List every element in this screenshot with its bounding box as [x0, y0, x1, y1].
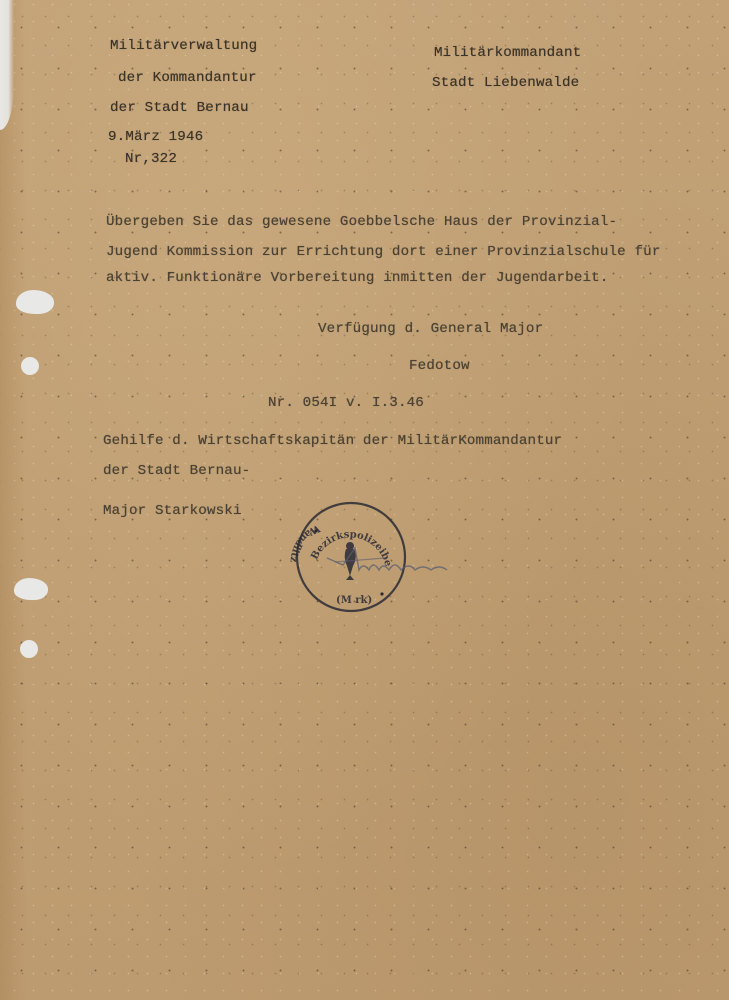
body-line-1: Übergeben Sie das gewesene Goebbelsche H… [106, 214, 617, 230]
document-date: 9.März 1946 [108, 129, 203, 145]
punch-hole [20, 640, 38, 658]
document-page: Militärverwaltung der Kommandantur der S… [0, 0, 729, 1000]
punch-hole [21, 357, 39, 375]
paper-edge-shadow [0, 0, 26, 1000]
order-reference: Nr. 054I v. I.3.46 [268, 395, 424, 411]
signatory-name: Major Starkowski [103, 503, 242, 519]
paper-torn-corner [0, 0, 14, 130]
sender-office: Militärverwaltung [110, 38, 257, 54]
punch-hole-torn [14, 578, 48, 600]
handwritten-signature [325, 540, 455, 585]
body-line-2: Jugend Kommission zur Errichtung dort ei… [106, 244, 661, 260]
punch-hole-torn [16, 290, 54, 314]
recipient-office: Militärkommandant [434, 45, 581, 61]
order-title: Verfügung d. General Major [318, 321, 543, 337]
signatory-title: Gehilfe d. Wirtschaftskapitän der Militä… [103, 433, 562, 449]
stamp-bottom-text: (M rk) [336, 595, 372, 606]
order-general-name: Fedotow [409, 358, 470, 374]
sender-department: der Kommandantur [118, 70, 257, 86]
document-number: Nr,322 [125, 151, 177, 167]
signatory-unit: der Stadt Bernau- [103, 463, 250, 479]
sender-city: der Stadt Bernau [110, 100, 249, 116]
body-line-3: aktiv. Funktionäre Vorbereitung inmitten… [106, 270, 609, 286]
recipient-city: Stadt Liebenwalde [432, 75, 579, 91]
